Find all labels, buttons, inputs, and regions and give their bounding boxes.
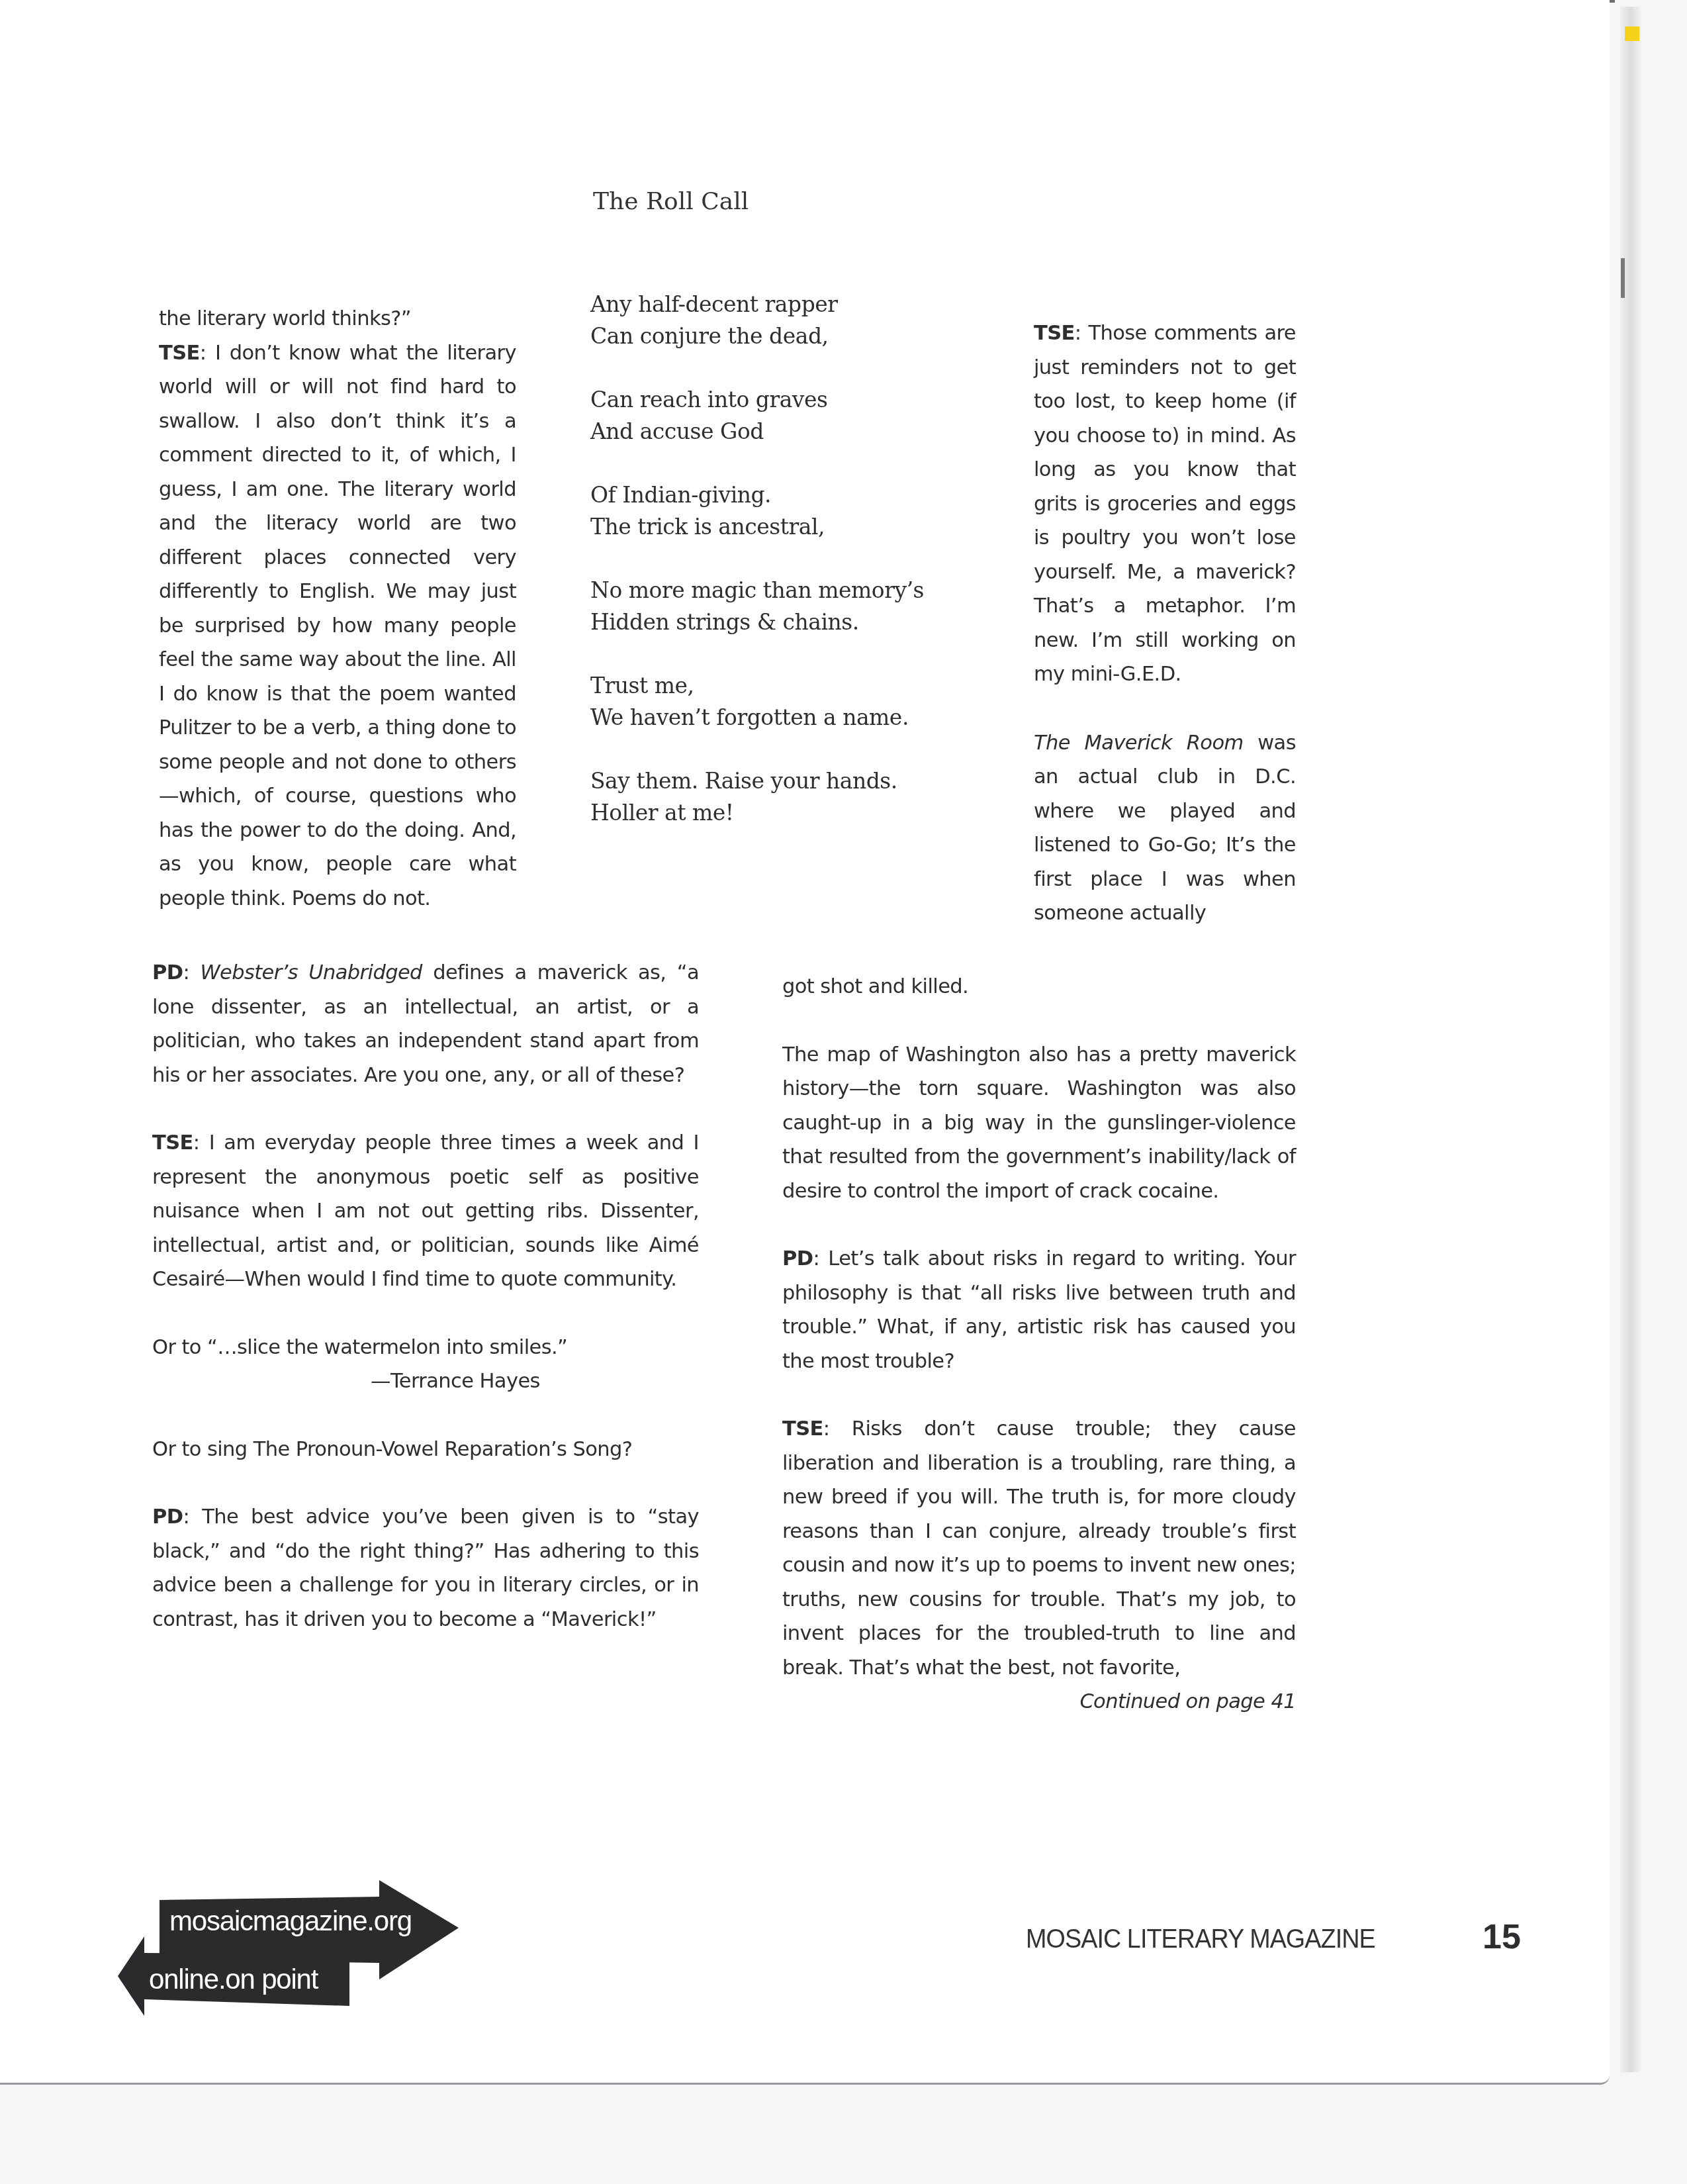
poem-stanza: Can reach into gravesAnd accuse God — [590, 384, 961, 448]
quote-attribution: —Terrance Hayes — [152, 1364, 699, 1399]
running-title: The Roll Call — [593, 188, 749, 215]
speaker-label: TSE — [782, 1417, 823, 1441]
poem-stanza: Any half-decent rapperCan conjure the de… — [590, 289, 961, 352]
speaker-label: TSE — [1034, 322, 1075, 345]
club-name: The Maverick Room — [1034, 732, 1244, 755]
answer-paragraph: TSE: Risks don’t cause trouble; they cau… — [782, 1412, 1296, 1685]
interview-lower-right: got shot and killed. The map of Washingt… — [782, 970, 1296, 1719]
question-paragraph: PD: Webster’s Unabridged defines a maver… — [152, 956, 699, 1092]
poem-excerpt: Any half-decent rapperCan conjure the de… — [590, 289, 961, 861]
magazine-page: The Roll Call the literary world thinks?… — [0, 0, 1610, 2085]
spine-mark — [1621, 258, 1625, 298]
continuation-line: got shot and killed. — [782, 970, 1296, 1004]
question-paragraph: PD: The best advice you’ve been given is… — [152, 1500, 699, 1637]
magazine-name: MOSAIC LITERARY MAGAZINE — [1026, 1923, 1375, 1954]
poem-stanza: No more magic than memory’sHidden string… — [590, 575, 961, 638]
poem-stanza: Say them. Raise your hands.Holler at me! — [590, 765, 961, 829]
continued-question: the literary world thinks?” — [159, 302, 516, 336]
yellow-tab-marker — [1625, 26, 1639, 41]
answer-paragraph: TSE: I don’t know what the literary worl… — [159, 336, 516, 916]
quote-line: Or to “…slice the watermelon into smiles… — [152, 1331, 699, 1365]
interview-lower-left: PD: Webster’s Unabridged defines a maver… — [152, 956, 699, 1670]
poem-stanza: Trust me,We haven’t forgotten a name. — [590, 670, 961, 734]
book-title: Webster’s Unabridged — [200, 961, 422, 984]
online-link[interactable]: online.on point — [149, 1964, 318, 1995]
song-line: Or to sing The Pronoun-Vowel Reparation’… — [152, 1433, 699, 1467]
interview-column-right: TSE: Those comments are just reminders n… — [1034, 316, 1296, 931]
speaker-label: TSE — [152, 1131, 193, 1155]
website-link[interactable]: mosaicmagazine.org — [169, 1905, 412, 1937]
question-paragraph: PD: Let’s talk about risks in regard to … — [782, 1242, 1296, 1378]
speaker-label: PD — [152, 1505, 183, 1529]
speaker-label: TSE — [159, 342, 200, 365]
speaker-label: PD — [782, 1247, 813, 1270]
page-number: 15 — [1482, 1917, 1521, 1957]
answer-paragraph: TSE: I am everyday people three times a … — [152, 1126, 699, 1297]
poem-stanza: Of Indian-giving.The trick is ancestral, — [590, 479, 961, 543]
continued-on-link: Continued on page 41 — [782, 1685, 1296, 1719]
answer-paragraph: TSE: Those comments are just reminders n… — [1034, 316, 1296, 692]
washington-paragraph: The map of Washington also has a pretty … — [782, 1038, 1296, 1209]
adjacent-pages-edge — [1620, 7, 1641, 2072]
interview-column-left: the literary world thinks?” TSE: I don’t… — [159, 302, 516, 916]
speaker-label: PD — [152, 961, 183, 984]
maverick-room-note: The Maverick Room was an actual club in … — [1034, 726, 1296, 931]
